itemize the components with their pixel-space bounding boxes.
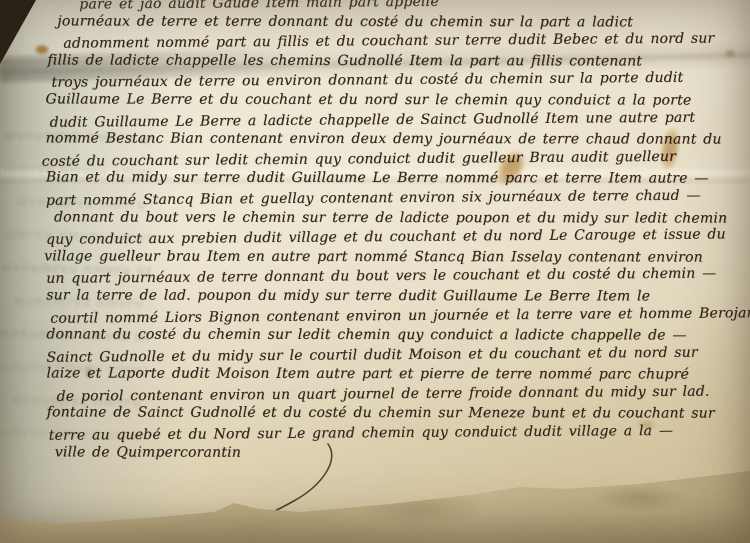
rust-stain	[34, 44, 50, 55]
manuscript-line: sur la terre de lad. poupon du midy sur …	[46, 286, 746, 307]
manuscript-photograph: pare et jao audit Gaude Item main part a…	[0, 0, 750, 543]
rust-stain	[636, 418, 658, 432]
rust-stain	[84, 366, 94, 380]
manuscript-line: part nommé Stancq Bian et guellay conten…	[46, 186, 746, 211]
manuscript-text: pare et jao audit Gaude Item main part a…	[45, 0, 747, 464]
manuscript-page: pare et jao audit Gaude Item main part a…	[0, 0, 750, 543]
manuscript-line: Guillaume Le Berre et du couchant et du …	[46, 90, 746, 111]
manuscript-line: ville de Quimpercorantin	[55, 443, 747, 464]
rust-stain	[723, 48, 737, 59]
